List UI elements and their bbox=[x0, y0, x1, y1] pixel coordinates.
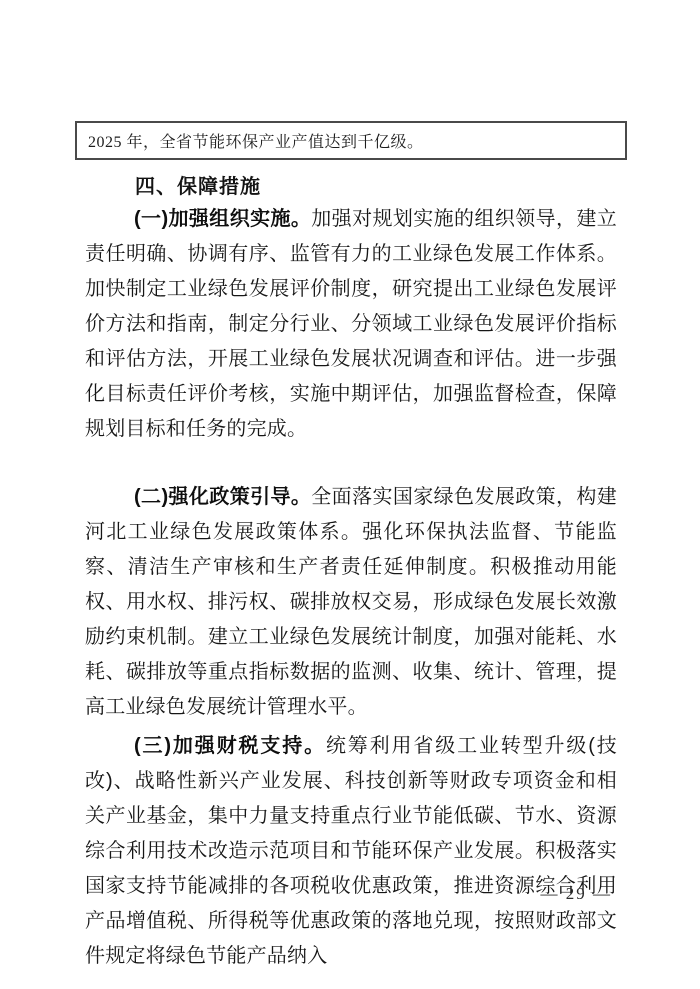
paragraph-3-lead: (三)加强财税支持。 bbox=[134, 735, 326, 757]
paragraph-2-lead: (二)强化政策引导。 bbox=[134, 486, 311, 508]
highlight-box-text: 2025 年，全省节能环保产业产值达到千亿级。 bbox=[88, 129, 424, 152]
highlight-box: 2025 年，全省节能环保产业产值达到千亿级。 bbox=[75, 121, 627, 160]
paragraph-3: (三)加强财税支持。统筹利用省级工业转型升级(技改)、战略性新兴产业发展、科技创… bbox=[85, 729, 617, 974]
section-heading: 四、保障措施 bbox=[85, 170, 617, 199]
paragraph-2: (二)强化政策引导。全面落实国家绿色发展政策，构建河北工业绿色发展政策体系。强化… bbox=[85, 480, 617, 725]
paragraph-1-lead: (一)加强组织实施。 bbox=[134, 208, 311, 230]
document-body: (一)加强组织实施。加强对规划实施的组织领导，建立责任明确、协调有序、监管有力的… bbox=[85, 202, 617, 974]
paragraph-1: (一)加强组织实施。加强对规划实施的组织领导，建立责任明确、协调有序、监管有力的… bbox=[85, 202, 617, 447]
paragraph-3-text: 统筹利用省级工业转型升级(技改)、战略性新兴产业发展、科技创新等财政专项资金和相… bbox=[85, 735, 617, 967]
document-page: 2025 年，全省节能环保产业产值达到千亿级。 四、保障措施 (一)加强组织实施… bbox=[0, 0, 700, 989]
paragraph-1-text: 加强对规划实施的组织领导，建立责任明确、协调有序、监管有力的工业绿色发展工作体系… bbox=[85, 208, 617, 440]
page-number: — 29 — bbox=[541, 884, 613, 904]
paragraph-2-text: 全面落实国家绿色发展政策，构建河北工业绿色发展政策体系。强化环保执法监督、节能监… bbox=[85, 486, 617, 718]
